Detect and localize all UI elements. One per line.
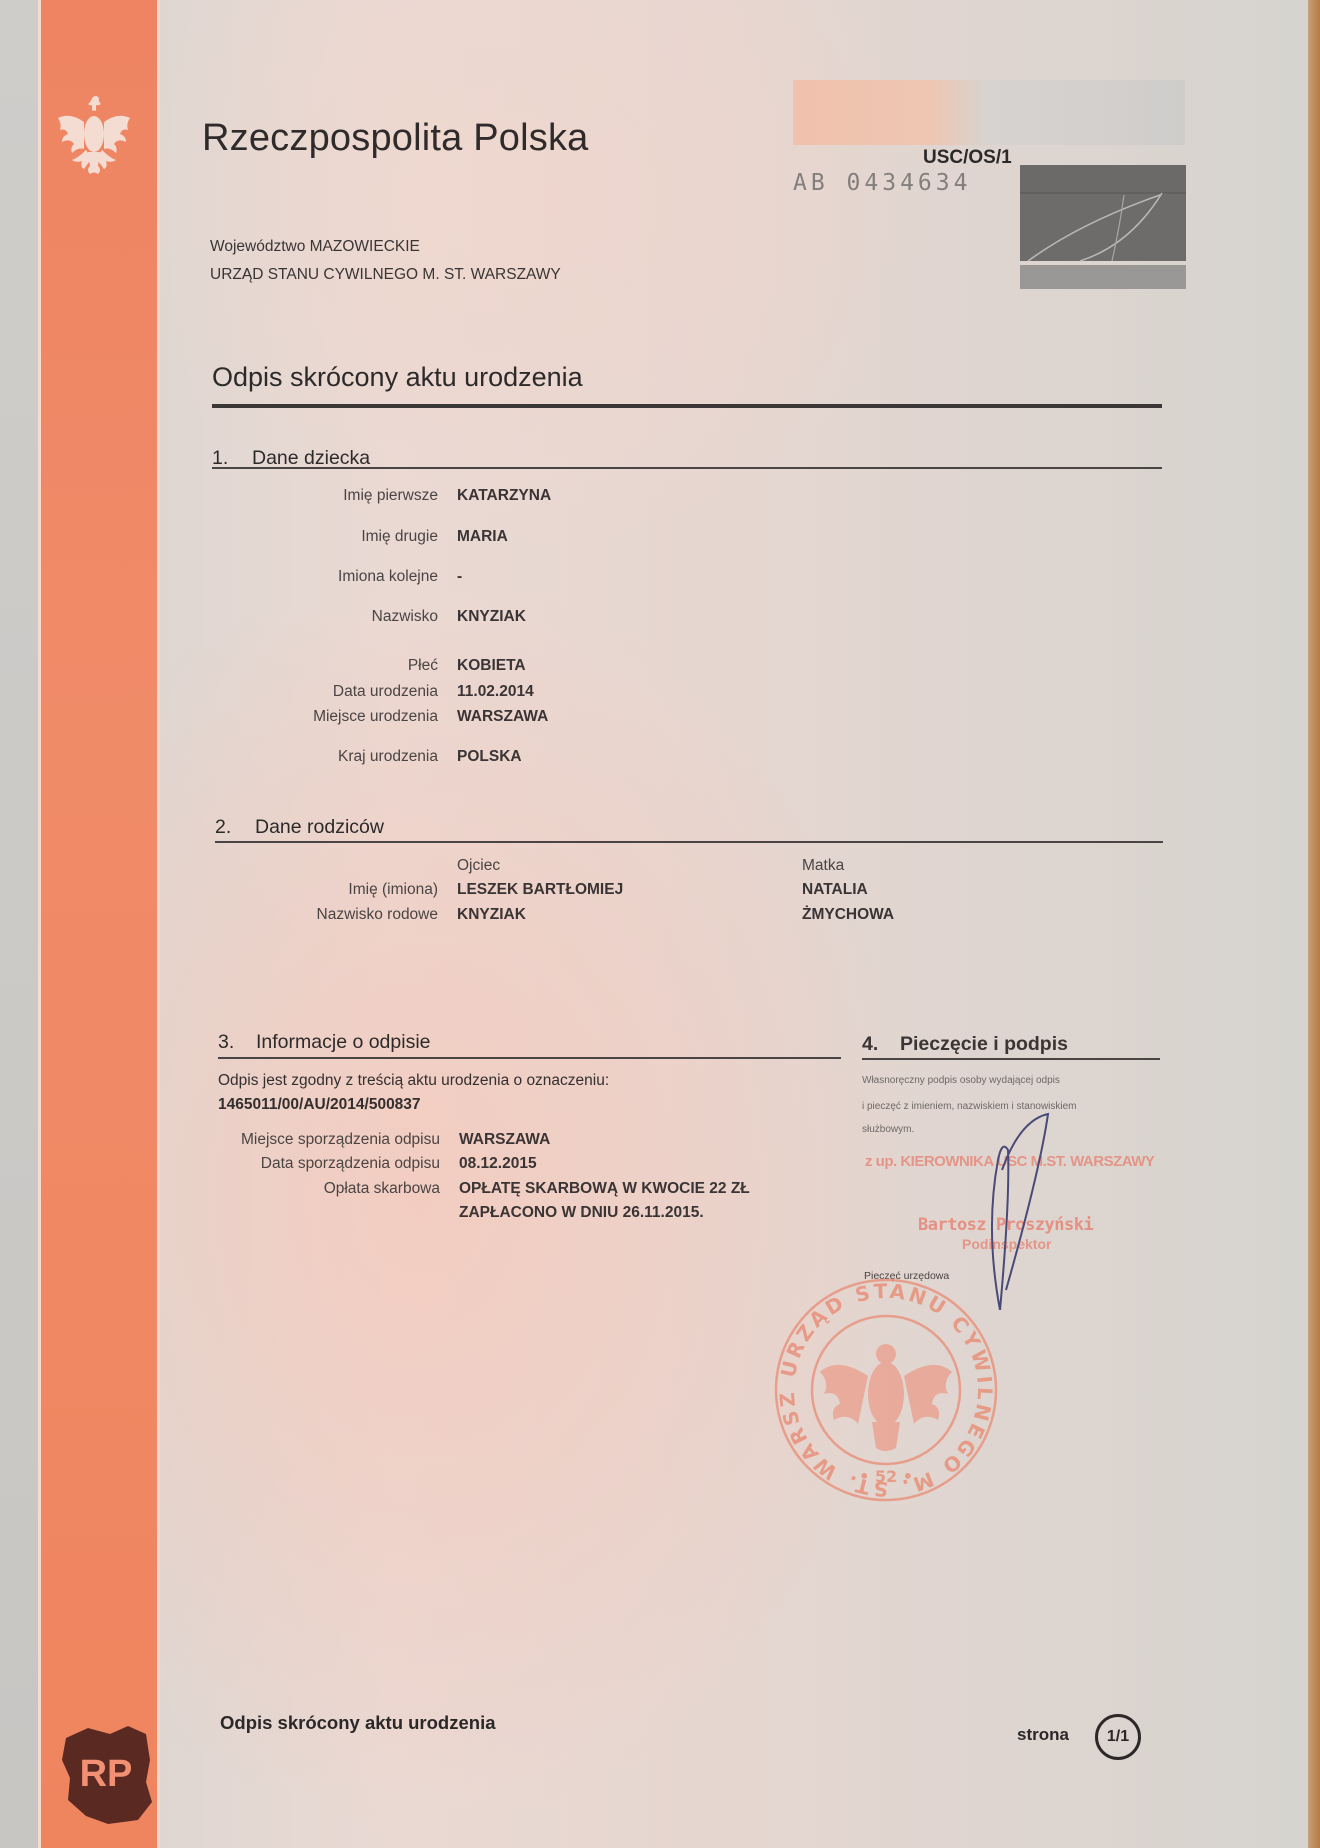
section-3-number: 3. xyxy=(218,1031,256,1054)
redacted-bar xyxy=(793,80,1185,145)
child-field-value: 11.02.2014 xyxy=(457,683,534,701)
hologram-icon xyxy=(1020,165,1186,289)
parent-field-label: Nazwisko rodowe xyxy=(240,906,438,924)
registry-office: URZĄD STANU CYWILNEGO M. ST. WARSZAWY xyxy=(210,266,561,284)
child-field-label: Kraj urodzenia xyxy=(240,748,438,766)
section-1-rule xyxy=(212,467,1162,469)
child-field-label: Imię drugie xyxy=(240,528,438,546)
mother-column-header: Matka xyxy=(802,857,844,875)
section-3-heading: 3.Informacje o odpisie xyxy=(218,1031,431,1054)
copy-field-value: 08.12.2015 xyxy=(459,1155,537,1173)
section-4-heading: 4.Pieczęcie i podpis xyxy=(862,1033,1068,1056)
parent-field-label: Imię (imiona) xyxy=(240,881,438,899)
rp-poland-logo-icon: RP xyxy=(58,1720,158,1830)
child-field-label: Imiona kolejne xyxy=(240,568,438,586)
child-field-value: KATARZYNA xyxy=(457,487,551,505)
mother-value: ŻMYCHOWA xyxy=(802,906,894,924)
svg-text:• 52 •: • 52 • xyxy=(859,1467,913,1486)
svg-text:RP: RP xyxy=(80,1753,133,1795)
table-edge xyxy=(1308,0,1320,1848)
copy-field-value: OPŁATĘ SKARBOWĄ W KWOCIE 22 ZŁ xyxy=(459,1180,750,1198)
serial-number: AB 0434634 xyxy=(793,170,971,196)
copy-field-value-continued: ZAPŁACONO W DNIU 26.11.2015. xyxy=(459,1204,704,1222)
left-gray-band xyxy=(0,0,38,1848)
signature-instruction-1: Własnoręczny podpis osoby wydającej odpi… xyxy=(862,1075,1060,1086)
section-3-rule xyxy=(218,1057,841,1059)
copy-field-value: WARSZAWA xyxy=(459,1131,550,1149)
section-4-title: Pieczęcie i podpis xyxy=(900,1033,1068,1055)
child-field-value: POLSKA xyxy=(457,748,522,766)
birth-record-id: 1465011/00/AU/2014/500837 xyxy=(218,1096,421,1114)
section-4-number: 4. xyxy=(862,1033,900,1056)
child-field-value: MARIA xyxy=(457,528,508,546)
title-rule xyxy=(212,404,1162,408)
section-2-rule xyxy=(215,841,1163,843)
page-number-badge: 1/1 xyxy=(1095,1714,1141,1760)
section-3-title: Informacje o odpisie xyxy=(256,1031,431,1053)
handwritten-signature xyxy=(980,1110,1090,1310)
child-field-label: Płeć xyxy=(240,657,438,675)
conformity-statement: Odpis jest zgodny z treścią aktu urodzen… xyxy=(218,1072,609,1090)
white-eagle-icon xyxy=(52,92,136,184)
father-value: KNYZIAK xyxy=(457,906,526,924)
copy-field-label: Miejsce sporządzenia odpisu xyxy=(200,1131,440,1149)
father-column-header: Ojciec xyxy=(457,857,500,875)
voivodeship: Województwo MAZOWIECKIE xyxy=(210,238,420,256)
signature-instruction-3: służbowym. xyxy=(862,1124,914,1135)
official-seal-icon: URZĄD STANU CYWILNEGO M. ST. WARSZAWY • … xyxy=(768,1276,1004,1504)
child-field-label: Miejsce urodzenia xyxy=(240,708,438,726)
father-value: LESZEK BARTŁOMIEJ xyxy=(457,881,623,899)
copy-field-label: Opłata skarbowa xyxy=(200,1180,440,1198)
section-1-title: Dane dziecka xyxy=(252,447,370,469)
document-title: Odpis skrócony aktu urodzenia xyxy=(212,362,583,393)
page-label: strona xyxy=(1017,1725,1069,1745)
child-field-label: Nazwisko xyxy=(240,608,438,626)
child-field-value: - xyxy=(457,568,462,586)
country-title: Rzeczpospolita Polska xyxy=(202,117,589,160)
child-field-value: KOBIETA xyxy=(457,657,526,675)
mother-value: NATALIA xyxy=(802,881,868,899)
child-field-value: WARSZAWA xyxy=(457,708,548,726)
section-4-rule xyxy=(862,1058,1160,1060)
form-code: USC/OS/1 xyxy=(923,147,1012,169)
footer-document-title: Odpis skrócony aktu urodzenia xyxy=(220,1712,496,1734)
section-2-heading: 2.Dane rodziców xyxy=(215,816,384,839)
section-2-number: 2. xyxy=(215,816,255,839)
child-field-label: Imię pierwsze xyxy=(240,487,438,505)
page-number: 1/1 xyxy=(1107,1728,1129,1746)
left-red-stripe xyxy=(38,0,160,1848)
child-field-label: Data urodzenia xyxy=(240,683,438,701)
copy-field-label: Data sporządzenia odpisu xyxy=(200,1155,440,1173)
section-2-title: Dane rodziców xyxy=(255,816,384,838)
child-field-value: KNYZIAK xyxy=(457,608,526,626)
